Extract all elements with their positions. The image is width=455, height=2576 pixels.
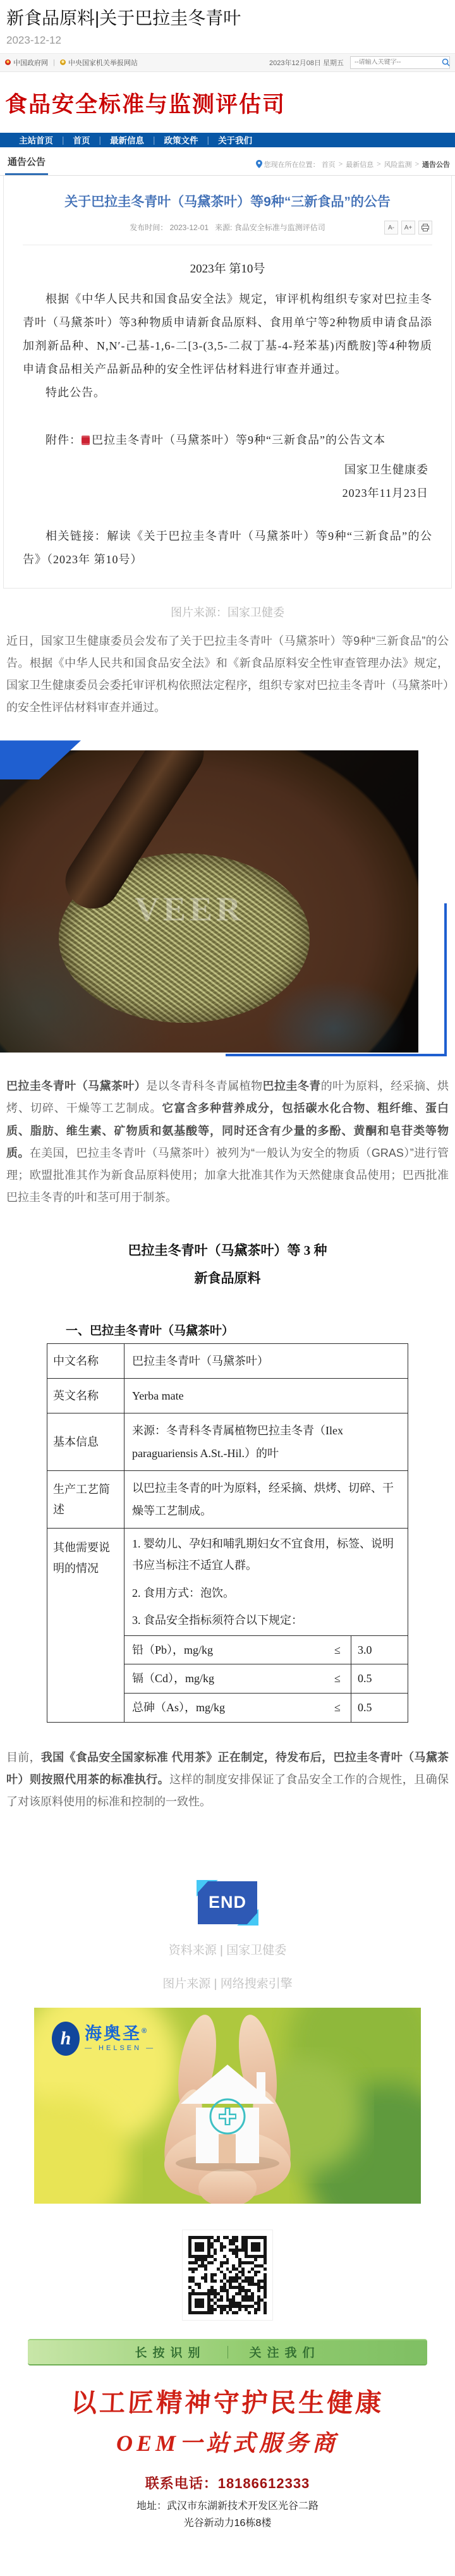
table-row: 生产工艺简述 以巴拉圭冬青的叶为原料，经采摘、烘烤、切碎、干燥等工艺制成。 (47, 1471, 408, 1529)
note-item: 1. 婴幼儿、孕妇和哺乳期妇女不宜食用，标签、说明书应当标注不适宜人群。 (124, 1529, 408, 1577)
font-larger-button[interactable]: A+ (401, 221, 415, 235)
article-header: 新食品原料|关于巴拉圭冬青叶 2023-12-12 (0, 0, 455, 47)
registered-mark: ® (142, 2027, 149, 2035)
gov-link-1[interactable]: 中国政府网 (13, 58, 48, 68)
breadcrumb-prefix: 您现在所在位置： (264, 159, 320, 169)
breadcrumb: 您现在所在位置： 首页 > 最新信息 > 风险监测 > 通告公告 (256, 159, 450, 175)
breadcrumb-risk[interactable]: 风险监测 (384, 159, 412, 169)
page-title: 新食品原料|关于巴拉圭冬青叶 (6, 6, 449, 30)
breadcrumb-current: 通告公告 (422, 159, 450, 169)
main-nav: 主站首页 | 首页 | 最新信息 | 政策文件 | 关于我们 (0, 133, 455, 147)
note-item: 2. 食用方式：泡饮。 (124, 1578, 408, 1605)
limit-row: 总砷（As），mg/kg ≤ 0.5 (124, 1693, 408, 1722)
blue-line-accent-bottom (226, 1054, 447, 1056)
announcement-closing: 特此公告。 (23, 381, 432, 405)
table-row-notes: 其他需要说明的情况 1. 婴幼儿、孕妇和哺乳期妇女不宜食用，标签、说明书应当标注… (47, 1529, 408, 1723)
gov-emblem-icon (5, 59, 11, 65)
doc-number: 2023年 第10号 (23, 259, 432, 276)
body-paragraph-1: 近日，国家卫生健康委员会发布了关于巴拉圭冬青叶（马黛茶叶）等9种“三新食品”的公… (0, 630, 455, 719)
location-pin-icon (256, 160, 262, 168)
gov-topbar: 中国政府网 | 中央国家机关举报网站 2023年12月08日 星期五 (0, 53, 455, 72)
attachment-line: 附件：巴拉圭冬青叶（马黛茶叶）等9种“三新食品”的公告文本 (23, 429, 432, 452)
yerba-mate-photo: VEER (0, 740, 455, 1056)
signer: 国家卫生健康委 (23, 458, 428, 482)
signature-block: 国家卫生健康委 2023年11月23日 (23, 458, 432, 506)
end-badge: END (198, 1881, 257, 1924)
breadcrumb-latest[interactable]: 最新信息 (346, 159, 373, 169)
announcement-meta: 发布时间： 2023-12-01 来源: 食品安全标准与监测评估司 A- A+ (23, 222, 432, 236)
brand-name-en: — HELSEN — (85, 2045, 155, 2052)
meta-tools: A- A+ (384, 221, 432, 235)
table-row: 英文名称 Yerba mate (47, 1379, 408, 1413)
qr-pattern (188, 2236, 267, 2314)
contact-phone: 联系电话：18186612333 (0, 2473, 455, 2493)
topbar-date: 2023年12月08日 星期五 (269, 58, 344, 68)
breadcrumb-separator: > (415, 161, 419, 168)
tab-notices[interactable]: 通告公告 (5, 155, 48, 175)
search-input[interactable] (351, 59, 442, 66)
attachment-label: 附件： (45, 434, 82, 446)
breadcrumb-row: 通告公告 您现在所在位置： 首页 > 最新信息 > 风险监测 > 通告公告 (0, 147, 455, 176)
brand-name-cn: 海奥圣 (85, 2024, 142, 2043)
table-heading: 巴拉圭冬青叶（马黛茶叶）等 3 种 新食品原料 (0, 1236, 455, 1292)
announcement-title: 关于巴拉圭冬青叶（马黛茶叶）等9种“三新食品”的公告 (23, 192, 432, 212)
breadcrumb-separator: > (339, 161, 343, 168)
print-button[interactable] (418, 221, 432, 235)
body-paragraph-2: 巴拉圭冬青叶（马黛茶叶）是以冬青科冬青属植物巴拉圭冬青的叶为原料，经采摘、烘烤、… (0, 1075, 455, 1209)
nav-item-home-main[interactable]: 主站首页 (10, 133, 62, 146)
end-section: END (198, 1881, 257, 1924)
announcement-paragraph: 根据《中华人民共和国食品安全法》规定，审评机构组织专家对巴拉圭冬青叶（马黛茶叶）… (23, 288, 432, 381)
body-paragraph-3: 目前，我国《食品安全国家标准 代用茶》正在制定，待发布后，巴拉圭冬青叶（马黛茶叶… (0, 1747, 455, 1813)
data-source-line: 资料来源 | 国家卫健委 (0, 1941, 455, 1958)
announcement-box: 关于巴拉圭冬青叶（马黛茶叶）等9种“三新食品”的公告 发布时间： 2023-12… (3, 176, 452, 589)
mortar-leaves-image: VEER (0, 750, 418, 1053)
note-item: 3. 食品安全指标须符合以下规定： (124, 1605, 408, 1635)
attachment-link[interactable]: 巴拉圭冬青叶（马黛茶叶）等9种“三新食品”的公告文本 (92, 434, 385, 446)
source: 来源: 食品安全标准与监测评估司 (215, 223, 325, 232)
slogan-line-1: 以工匠精神守护民生健康 (0, 2382, 455, 2419)
follow-divider (227, 2346, 228, 2359)
related-link[interactable]: 相关链接：解读《关于巴拉圭冬青叶（马黛茶叶）等9种“三新食品”的公告》（2023… (23, 525, 432, 571)
nav-item-about[interactable]: 关于我们 (209, 133, 261, 146)
nav-item-policy[interactable]: 政策文件 (155, 133, 207, 146)
search-icon[interactable] (442, 57, 450, 68)
table-row: 基本信息 来源：冬青科冬青属植物巴拉圭冬青（Ilex paraguariensi… (47, 1413, 408, 1471)
limit-row: 铅（Pb），mg/kg ≤ 3.0 (124, 1635, 408, 1664)
limit-row: 镉（Cd），mg/kg ≤ 0.5 (124, 1664, 408, 1693)
image-source-line: 图片来源 | 网络搜索引擎 (0, 1974, 455, 1991)
brand-logo-icon: h (52, 2022, 80, 2056)
table-caption: 一、巴拉圭冬青叶（马黛茶叶） (66, 1321, 455, 1338)
document-icon (82, 436, 90, 445)
breadcrumb-separator: > (377, 161, 380, 168)
brand-logo: h 海奥圣® — HELSEN — (52, 2022, 155, 2056)
nav-item-latest[interactable]: 最新信息 (101, 133, 153, 146)
photo-credit: 图片来源：国家卫健委 (0, 604, 455, 620)
follow-band: 长按识别 关注我们 (28, 2339, 427, 2365)
search-box (350, 56, 450, 69)
contact-address: 地址：武汉市东湖新技术开发区光谷二路 光谷新动力16栋8楼 (0, 2498, 455, 2532)
follow-left-label: 长按识别 (135, 2343, 205, 2360)
table-row: 中文名称 巴拉圭冬青叶（马黛茶叶） (47, 1344, 408, 1379)
gov-link-2[interactable]: 中央国家机关举报网站 (68, 58, 138, 68)
blue-line-accent-right (444, 903, 447, 1056)
breadcrumb-home[interactable]: 首页 (322, 159, 336, 169)
spec-table: 中文名称 巴拉圭冬青叶（马黛茶叶） 英文名称 Yerba mate 基本信息 来… (47, 1343, 408, 1723)
report-site-icon (60, 59, 66, 65)
promo-banner: h 海奥圣® — HELSEN — (34, 2008, 421, 2204)
gov-link-separator: | (53, 59, 55, 66)
slogan-line-2: OEM一站式服务商 (0, 2426, 455, 2458)
font-smaller-button[interactable]: A- (384, 221, 398, 235)
follow-right-label: 关注我们 (250, 2343, 320, 2360)
sign-date: 2023年11月23日 (23, 482, 428, 506)
nav-item-home[interactable]: 首页 (64, 133, 99, 146)
site-title: 食品安全标准与监测评估司 (0, 72, 455, 133)
publish-time: 发布时间： 2023-12-01 (130, 223, 209, 232)
publish-date: 2023-12-12 (6, 34, 449, 47)
watermark: VEER (0, 889, 379, 929)
meta-divider (23, 245, 432, 245)
qr-code (183, 2230, 272, 2320)
